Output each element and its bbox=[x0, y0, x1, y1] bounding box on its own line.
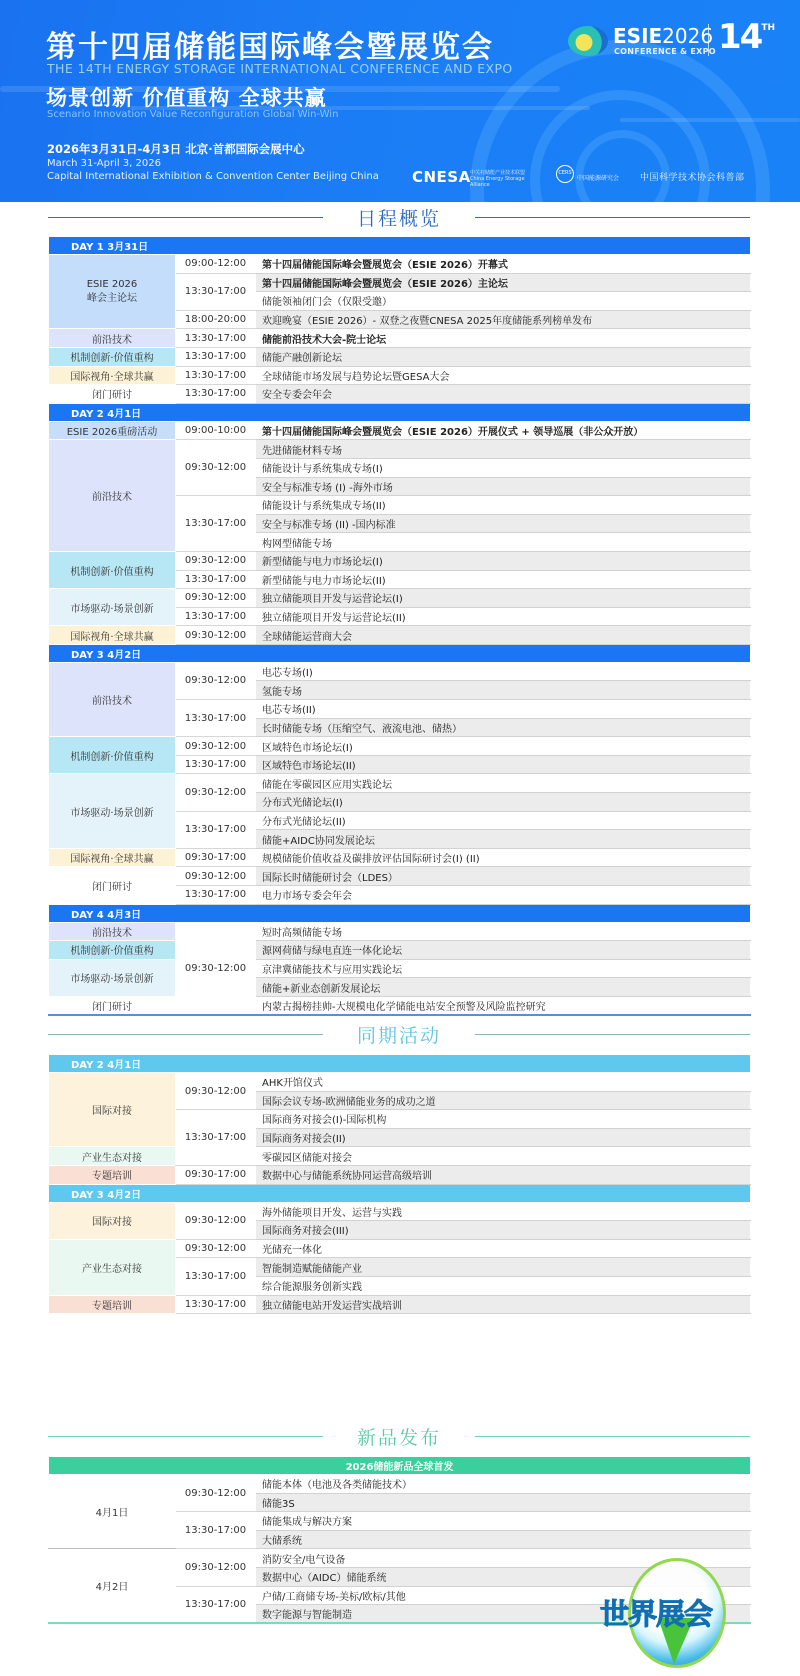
table-row: 4月1日 09:30-12:00 储能本体（电池及各类储能技术） bbox=[49, 1475, 751, 1494]
session-item: 分布式光储论坛(II) bbox=[256, 811, 751, 830]
session-item: 独立储能电站开发运营实战培训 bbox=[256, 1295, 751, 1314]
table-row: 前沿技术 09:30-12:00 短时高频储能专场 bbox=[49, 922, 751, 941]
category-cell: 前沿技术 bbox=[49, 440, 176, 552]
table-row: 国际视角·全球共赢 09:30-17:00 规模储能价值收益及碳排放评估国际研讨… bbox=[49, 848, 751, 867]
session-item: 储能产融创新论坛 bbox=[256, 347, 751, 366]
time-cell: 09:30-12:00 bbox=[176, 1549, 256, 1586]
table-row: 机制创新·价值重构 09:30-12:00 区域特色市场论坛(I) bbox=[49, 737, 751, 756]
category-cell: 产业生态对接 bbox=[49, 1239, 176, 1295]
decorative-streak bbox=[620, 118, 800, 122]
time-cell: 13:30-17:00 bbox=[176, 755, 256, 774]
session-item: 电芯专场(I) bbox=[256, 662, 751, 681]
table-row: 前沿技术 09:30-12:00 电芯专场(I) bbox=[49, 662, 751, 681]
time-cell: 13:30-17:00 bbox=[176, 1258, 256, 1295]
category-cell: 机制创新·价值重构 bbox=[49, 941, 176, 960]
time-cell: 09:30-12:00 bbox=[176, 1239, 256, 1258]
cast-logo: 中国科学技术协会科普部 bbox=[640, 170, 745, 183]
cers-logo-icon: CERS bbox=[556, 165, 574, 183]
time-cell: 13:30-17:00 bbox=[176, 273, 256, 310]
table-row: 市场驱动·场景创新 09:30-12:00 储能在零碳园区应用实践论坛 bbox=[49, 774, 751, 793]
session-item: 储能领袖闭门会（仅限受邀） bbox=[256, 292, 751, 311]
time-cell: 09:30-12:00 bbox=[176, 589, 256, 608]
time-cell: 13:30-17:00 bbox=[176, 385, 256, 404]
watermark-logo: 世界展会 bbox=[596, 1552, 756, 1672]
time-cell: 13:30-17:00 bbox=[176, 366, 256, 385]
event-title: 第十四届储能国际峰会暨展览会 bbox=[46, 22, 494, 66]
session-item: 短时高频储能专场 bbox=[256, 922, 751, 941]
edition-suffix: TH bbox=[761, 23, 775, 33]
edition-badge: 14TH bbox=[718, 17, 775, 57]
table-row: 国际视角·全球共赢 09:30-12:00 全球储能运营商大会 bbox=[49, 626, 751, 645]
event-date-en: March 31-April 3, 2026 bbox=[47, 158, 161, 169]
category-cell: 专题培训 bbox=[49, 1165, 176, 1184]
esie-logo-year: 2026 bbox=[662, 24, 713, 48]
title-line-right bbox=[475, 1436, 750, 1437]
edition-number: 14 bbox=[718, 17, 761, 57]
session-item: 第十四届储能国际峰会暨展览会（ESIE 2026）开幕式 bbox=[256, 255, 751, 274]
day-header: DAY 4 4月3日 bbox=[49, 904, 751, 922]
session-item: 储能集成与解决方案 bbox=[256, 1512, 751, 1531]
category-cell: 专题培训 bbox=[49, 1295, 176, 1314]
time-cell: 13:30-17:00 bbox=[176, 570, 256, 589]
section-title-overview: 日程概览 bbox=[48, 202, 750, 232]
session-item: 第十四届储能国际峰会暨展览会（ESIE 2026）主论坛 bbox=[256, 273, 751, 292]
session-item: 安全专委会年会 bbox=[256, 385, 751, 404]
event-venue-en: Capital International Exhibition & Conve… bbox=[47, 171, 379, 182]
launch-header-label: 2026储能新品全球首发 bbox=[49, 1457, 751, 1475]
event-date-venue: 2026年3月31日-4月3日 北京·首都国际会展中心 bbox=[47, 141, 305, 157]
event-slogan: 场景创新 价值重构 全球共赢 bbox=[46, 82, 327, 112]
session-item: 储能设计与系统集成专场(II) bbox=[256, 496, 751, 515]
table-row: 国际对接 09:30-12:00 AHK开馆仪式 bbox=[49, 1073, 751, 1092]
category-cell: 前沿技术 bbox=[49, 662, 176, 736]
session-item: 内蒙古揭榜挂帅-大规模电化学储能电站安全预警及风险监控研究 bbox=[256, 996, 751, 1015]
event-slogan-en: Scenario Innovation Value Reconfiguratio… bbox=[47, 109, 338, 120]
time-cell: 13:30-17:00 bbox=[176, 700, 256, 737]
category-cell: 闭门研讨 bbox=[49, 385, 176, 404]
table-row: 专题培训 09:30-17:00 数据中心与储能系统协同运营高级培训 bbox=[49, 1165, 751, 1184]
time-cell: 13:30-17:00 bbox=[176, 1295, 256, 1314]
category-cell: 市场驱动·场景创新 bbox=[49, 774, 176, 848]
session-item: 国际商务对接会(II) bbox=[256, 1128, 751, 1147]
session-item: 综合能源服务创新实践 bbox=[256, 1276, 751, 1295]
day-label: DAY 4 4月3日 bbox=[49, 904, 751, 922]
category-cell: 闭门研讨 bbox=[49, 867, 176, 904]
session-item: 安全与标准专场 (I) -海外市场 bbox=[256, 477, 751, 496]
category-cell: 国际视角·全球共赢 bbox=[49, 848, 176, 867]
table-row: 专题培训 13:30-17:00 独立储能电站开发运营实战培训 bbox=[49, 1295, 751, 1314]
time-cell: 13:30-17:00 bbox=[176, 607, 256, 626]
table-row: 前沿技术 09:30-12:00 先进储能材料专场 bbox=[49, 440, 751, 459]
table-row: ESIE 2026 峰会主论坛 09:00-12:00 第十四届储能国际峰会暨展… bbox=[49, 255, 751, 274]
category-cell: 机制创新·价值重构 bbox=[49, 737, 176, 774]
table-row: 产业生态对接 09:30-12:00 光储充一体化 bbox=[49, 1239, 751, 1258]
category-cell: 机制创新·价值重构 bbox=[49, 347, 176, 366]
session-item: 区域特色市场论坛(I) bbox=[256, 737, 751, 756]
time-cell: 13:30-17:00 bbox=[176, 811, 256, 848]
time-cell: 09:30-12:00 bbox=[176, 440, 256, 496]
time-cell: 13:30-17:00 bbox=[176, 886, 256, 905]
category-cell: 机制创新·价值重构 bbox=[49, 551, 176, 588]
category-cell: 国际视角·全球共赢 bbox=[49, 626, 176, 645]
table-row: 机制创新·价值重构 13:30-17:00 储能产融创新论坛 bbox=[49, 347, 751, 366]
category-cell: 国际对接 bbox=[49, 1202, 176, 1239]
session-item: 储能前沿技术大会-院士论坛 bbox=[256, 329, 751, 348]
day-label: DAY 3 4月2日 bbox=[49, 644, 751, 662]
session-item: 储能+新业态创新发展论坛 bbox=[256, 978, 751, 997]
day-header: DAY 1 3月31日 bbox=[49, 237, 751, 255]
day-label: DAY 2 4月1日 bbox=[49, 403, 751, 421]
session-item: 规模储能价值收益及碳排放评估国际研讨会(I) (II) bbox=[256, 848, 751, 867]
title-line-right bbox=[475, 1034, 750, 1035]
session-item: 储能本体（电池及各类储能技术） bbox=[256, 1475, 751, 1494]
session-item: 欢迎晚宴（ESIE 2026）- 双登之夜暨CNESA 2025年度储能系列榜单… bbox=[256, 310, 751, 329]
title-line-right bbox=[475, 217, 750, 218]
session-item: 氢能专场 bbox=[256, 681, 751, 700]
category-cell: 国际视角·全球共赢 bbox=[49, 366, 176, 385]
concurrent-schedule-table: DAY 2 4月1日 国际对接 09:30-12:00 AHK开馆仪式 国际会议… bbox=[48, 1054, 751, 1314]
table-row: 前沿技术 13:30-17:00 储能前沿技术大会-院士论坛 bbox=[49, 329, 751, 348]
session-item: 源网荷储与绿电直连一体化论坛 bbox=[256, 941, 751, 960]
table-row: 闭门研讨 09:30-12:00 国际长时储能研讨会（LDES） bbox=[49, 867, 751, 886]
time-cell: 13:30-17:00 bbox=[176, 1586, 256, 1623]
session-item: 区域特色市场论坛(II) bbox=[256, 755, 751, 774]
day-label: DAY 3 4月2日 bbox=[49, 1184, 751, 1202]
category-cell: 市场驱动·场景创新 bbox=[49, 959, 176, 996]
session-item: 国际会议专场-欧洲储能业务的成功之道 bbox=[256, 1091, 751, 1110]
session-item: 全球储能市场发展与趋势论坛暨GESA大会 bbox=[256, 366, 751, 385]
time-cell: 09:30-12:00 bbox=[176, 551, 256, 570]
header-banner: 第十四届储能国际峰会暨展览会 THE 14TH ENERGY STORAGE I… bbox=[0, 0, 800, 202]
category-cell: 前沿技术 bbox=[49, 329, 176, 348]
session-item: 国际商务对接会(III) bbox=[256, 1221, 751, 1240]
category-cell: ESIE 2026重磅活动 bbox=[49, 421, 176, 440]
session-item: 光储充一体化 bbox=[256, 1239, 751, 1258]
esie-logo-icon bbox=[568, 26, 608, 56]
time-cell: 09:30-12:00 bbox=[176, 1475, 256, 1512]
launch-header: 2026储能新品全球首发 bbox=[49, 1457, 751, 1475]
session-item: 海外储能项目开发、运营与实践 bbox=[256, 1202, 751, 1221]
category-cell: 国际对接 bbox=[49, 1073, 176, 1147]
section-title-launch: 新品发布 bbox=[48, 1421, 750, 1451]
session-item: 储能在零碳园区应用实践论坛 bbox=[256, 774, 751, 793]
session-item: 京津冀储能技术与应用实践论坛 bbox=[256, 959, 751, 978]
session-item: 独立储能项目开发与运营论坛(I) bbox=[256, 589, 751, 608]
section-title-concurrent: 同期活动 bbox=[48, 1019, 750, 1049]
session-item: 电力市场专委会年会 bbox=[256, 886, 751, 905]
session-item: 国际商务对接会(I)-国际机构 bbox=[256, 1110, 751, 1129]
time-cell: 09:30-12:00 bbox=[176, 626, 256, 645]
day-header: DAY 2 4月1日 bbox=[49, 403, 751, 421]
day-label: DAY 1 3月31日 bbox=[49, 237, 751, 255]
day-header: DAY 3 4月2日 bbox=[49, 644, 751, 662]
session-item: 新型储能与电力市场论坛(I) bbox=[256, 551, 751, 570]
session-item: 分布式光储论坛(I) bbox=[256, 793, 751, 812]
watermark-text-a: 世界 bbox=[600, 1597, 656, 1631]
date-cell: 4月2日 bbox=[49, 1549, 176, 1623]
time-cell: 13:30-17:00 bbox=[176, 1110, 256, 1166]
time-cell: 09:30-12:00 bbox=[176, 1202, 256, 1239]
session-item: 零碳园区储能对接会 bbox=[256, 1147, 751, 1166]
category-cell: 产业生态对接 bbox=[49, 1147, 176, 1166]
session-item: 国际长时储能研讨会（LDES） bbox=[256, 867, 751, 886]
table-row: 市场驱动·场景创新 09:30-12:00 独立储能项目开发与运营论坛(I) bbox=[49, 589, 751, 608]
time-cell: 09:30-12:00 bbox=[176, 867, 256, 886]
watermark-text-b: 展会 bbox=[656, 1597, 712, 1631]
category-cell: 市场驱动·场景创新 bbox=[49, 589, 176, 626]
table-row: ESIE 2026重磅活动 09:00-10:00 第十四届储能国际峰会暨展览会… bbox=[49, 421, 751, 440]
session-item: 智能制造赋能储能产业 bbox=[256, 1258, 751, 1277]
time-cell: 09:30-17:00 bbox=[176, 1165, 256, 1184]
session-item: 长时储能专场（压缩空气、液流电池、储热） bbox=[256, 718, 751, 737]
time-cell: 13:30-17:00 bbox=[176, 347, 256, 366]
category-cell: 前沿技术 bbox=[49, 922, 176, 941]
session-item: 数据中心与储能系统协同运营高级培训 bbox=[256, 1165, 751, 1184]
session-item: 先进储能材料专场 bbox=[256, 440, 751, 459]
day-header: DAY 3 4月2日 bbox=[49, 1184, 751, 1202]
time-cell: 13:30-17:00 bbox=[176, 329, 256, 348]
table-row: 闭门研讨 内蒙古揭榜挂帅-大规模电化学储能电站安全预警及风险监控研究 bbox=[49, 996, 751, 1015]
time-cell: 09:30-12:00 bbox=[176, 1073, 256, 1110]
session-item: 储能设计与系统集成专场(I) bbox=[256, 458, 751, 477]
esie-logo-name: ESIE bbox=[613, 24, 662, 48]
esie-logo-text: ESIE2026 bbox=[613, 24, 713, 48]
time-cell: 09:30-12:00 bbox=[176, 662, 256, 699]
time-cell: 09:30-12:00 bbox=[176, 922, 256, 1015]
session-item: 新型储能与电力市场论坛(II) bbox=[256, 570, 751, 589]
time-cell: 18:00-20:00 bbox=[176, 310, 256, 329]
cnesa-logo: CNESA bbox=[412, 168, 471, 186]
cers-logo-sub: 中国能源研究会 bbox=[577, 173, 619, 182]
table-row: 国际视角·全球共赢 13:30-17:00 全球储能市场发展与趋势论坛暨GESA… bbox=[49, 366, 751, 385]
day-label: DAY 2 4月1日 bbox=[49, 1055, 751, 1073]
time-cell: 09:30-17:00 bbox=[176, 848, 256, 867]
session-item: 电芯专场(II) bbox=[256, 700, 751, 719]
esie-logo-sub: CONFERENCE & EXPO bbox=[614, 47, 716, 56]
category-cell: 闭门研讨 bbox=[49, 996, 176, 1015]
date-cell: 4月1日 bbox=[49, 1475, 176, 1549]
session-item: 储能+AIDC协同发展论坛 bbox=[256, 830, 751, 849]
day-header: DAY 2 4月1日 bbox=[49, 1055, 751, 1073]
table-row: 产业生态对接 零碳园区储能对接会 bbox=[49, 1147, 751, 1166]
table-row: 国际对接 09:30-12:00 海外储能项目开发、运营与实践 bbox=[49, 1202, 751, 1221]
time-cell: 09:00-12:00 bbox=[176, 255, 256, 274]
session-item: 安全与标准专场 (II) -国内标准 bbox=[256, 514, 751, 533]
time-cell: 09:30-12:00 bbox=[176, 737, 256, 756]
session-item: 全球储能运营商大会 bbox=[256, 626, 751, 645]
table-row: 机制创新·价值重构 源网荷储与绿电直连一体化论坛 bbox=[49, 941, 751, 960]
session-item: 储能3S bbox=[256, 1493, 751, 1512]
time-cell: 09:00-10:00 bbox=[176, 421, 256, 440]
session-item: 独立储能项目开发与运营论坛(II) bbox=[256, 607, 751, 626]
session-item: 大储系统 bbox=[256, 1530, 751, 1549]
table-row: 市场驱动·场景创新 京津冀储能技术与应用实践论坛 bbox=[49, 959, 751, 978]
time-cell: 09:30-12:00 bbox=[176, 774, 256, 811]
overview-schedule-table: DAY 1 3月31日 ESIE 2026 峰会主论坛 09:00-12:00 … bbox=[48, 236, 751, 1016]
cnesa-logo-sub: 中关村储能产业技术联盟 China Energy Storage Allianc… bbox=[470, 170, 540, 188]
watermark-text: 世界展会 bbox=[600, 1592, 712, 1633]
time-cell: 13:30-17:00 bbox=[176, 496, 256, 552]
session-item: AHK开馆仪式 bbox=[256, 1073, 751, 1092]
category-cell: ESIE 2026 峰会主论坛 bbox=[49, 255, 176, 329]
table-row: 机制创新·价值重构 09:30-12:00 新型储能与电力市场论坛(I) bbox=[49, 551, 751, 570]
time-cell: 13:30-17:00 bbox=[176, 1512, 256, 1549]
logo-divider bbox=[708, 24, 709, 56]
session-item: 构网型储能专场 bbox=[256, 533, 751, 552]
session-item: 第十四届储能国际峰会暨展览会（ESIE 2026）开展仪式 + 领导巡展（非公众… bbox=[256, 421, 751, 440]
table-row: 闭门研讨 13:30-17:00 安全专委会年会 bbox=[49, 385, 751, 404]
event-title-en: THE 14TH ENERGY STORAGE INTERNATIONAL CO… bbox=[47, 61, 513, 76]
